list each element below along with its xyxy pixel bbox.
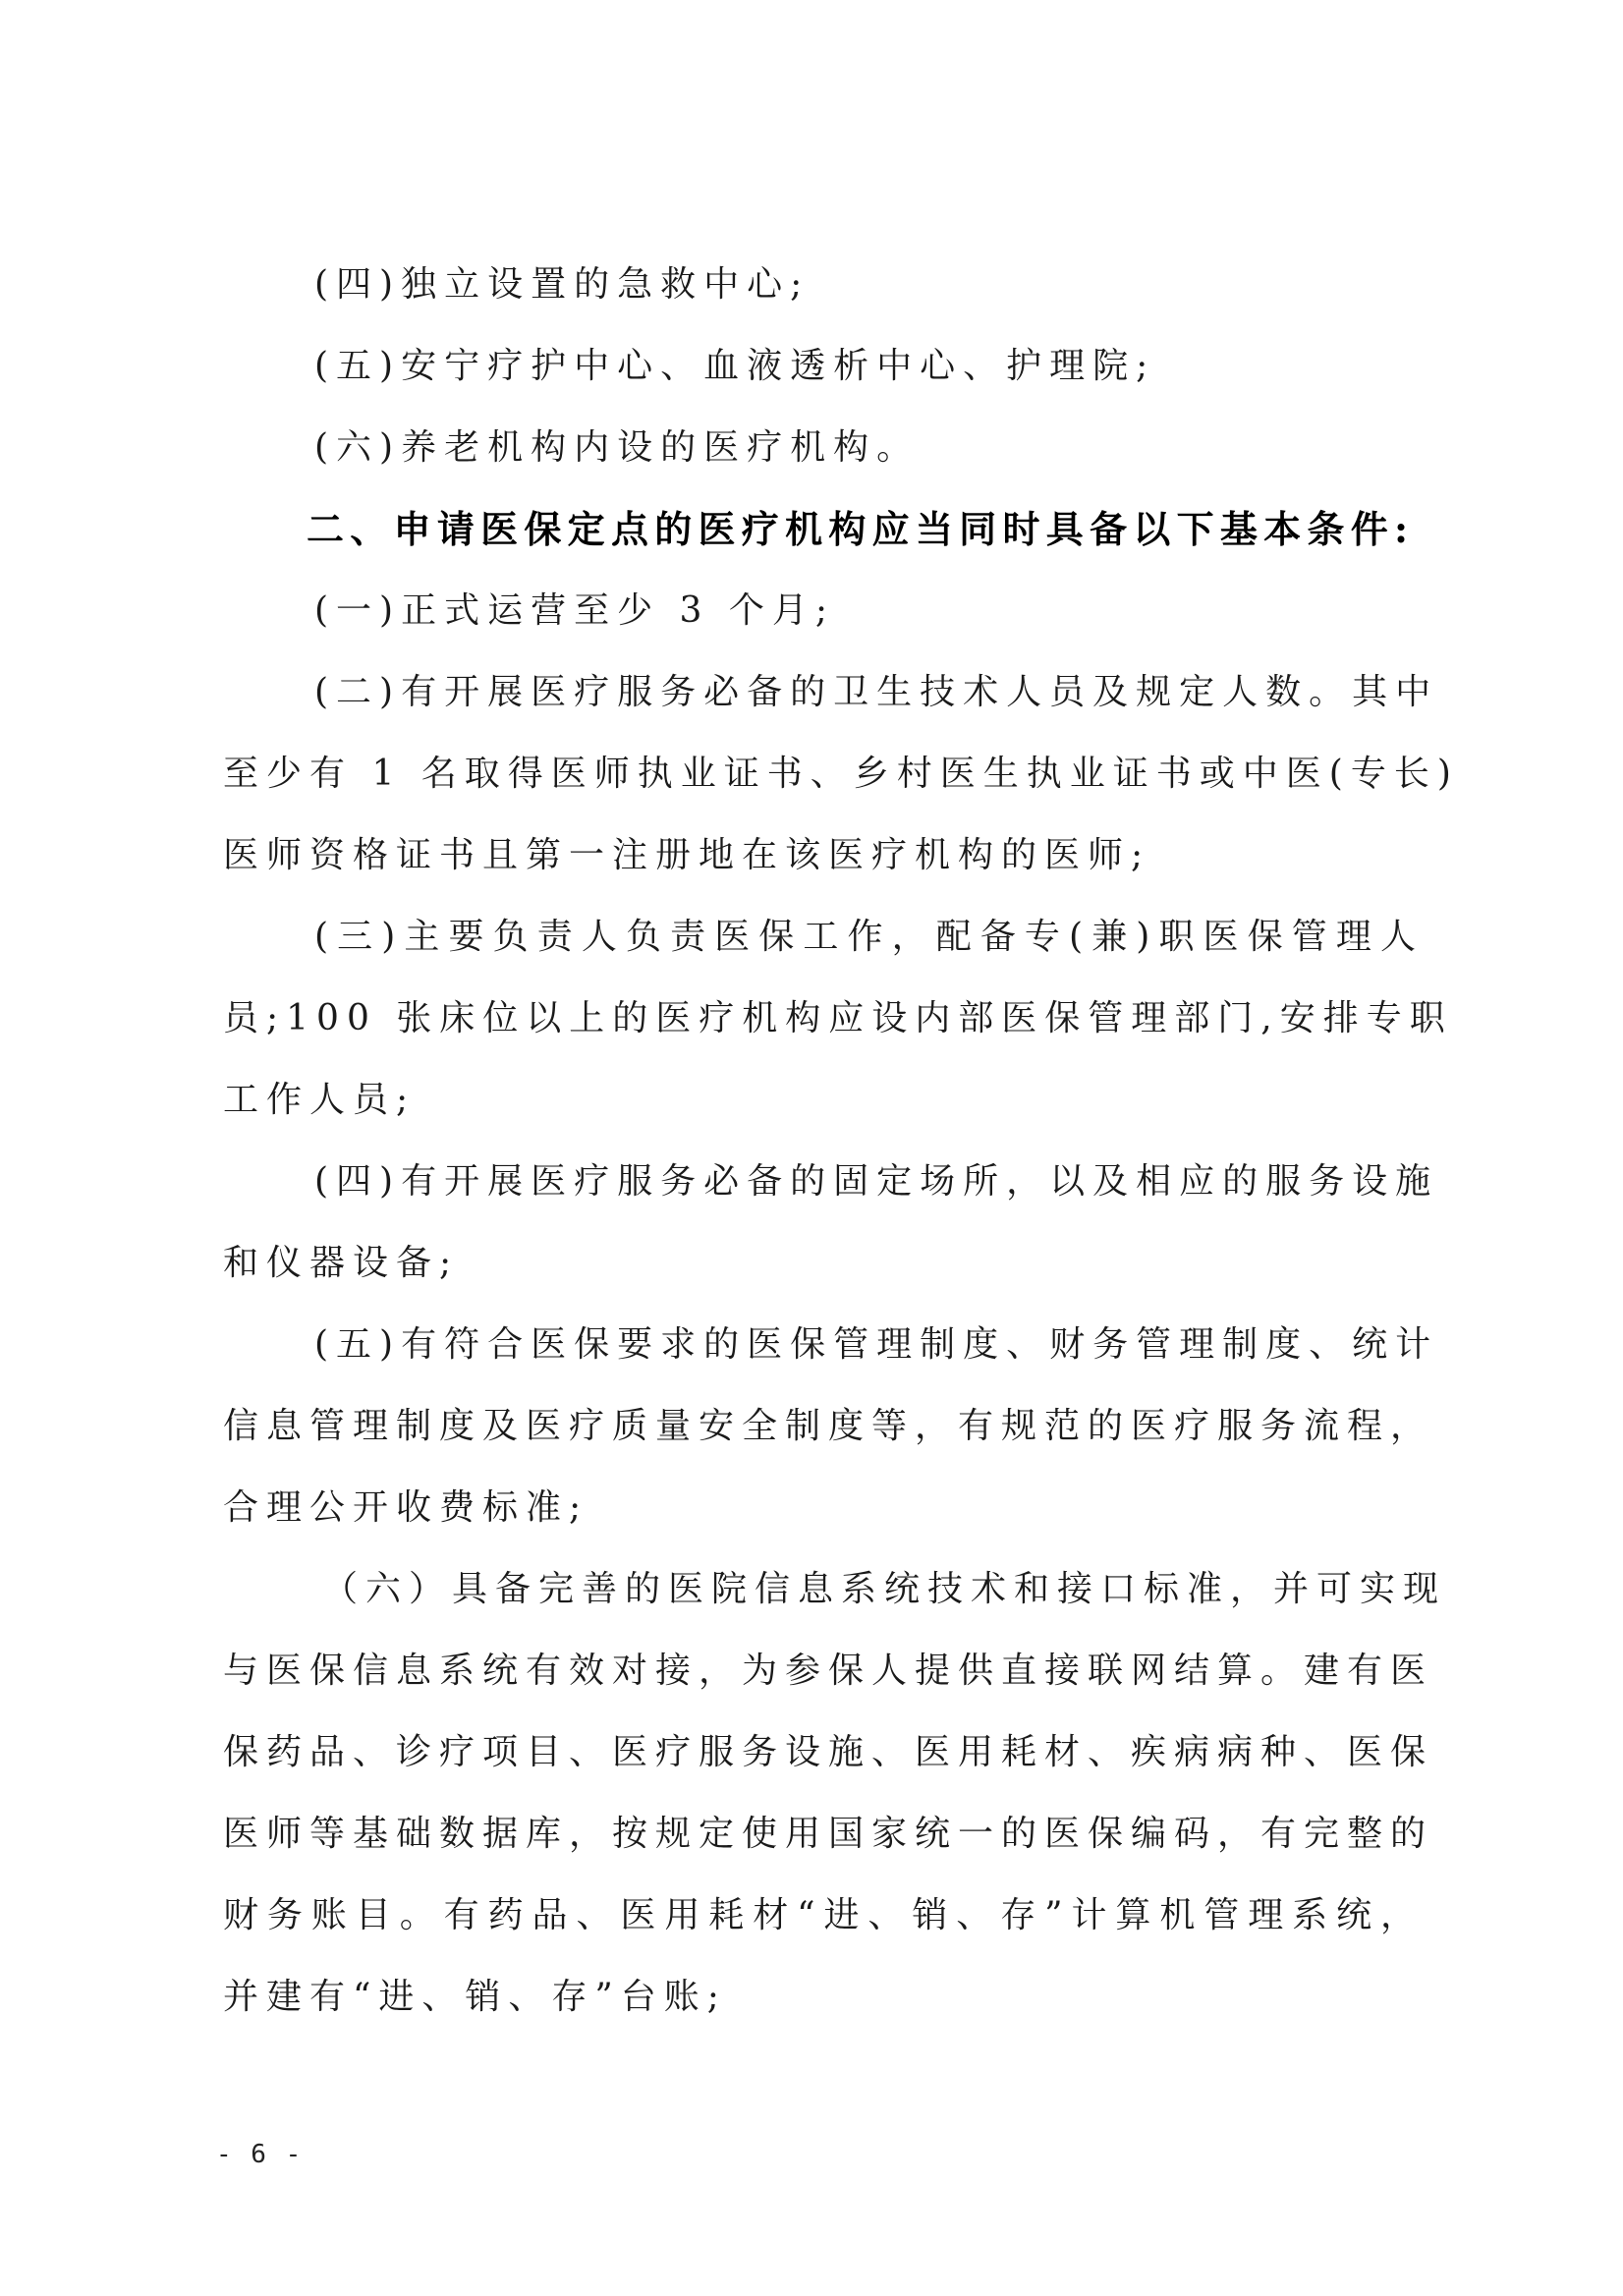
condition-6-line-3: 保药品、诊疗项目、医疗服务设施、医用耗材、疾病病种、医保	[223, 1723, 1424, 1782]
condition-5-line-2: 信息管理制度及医疗质量安全制度等，有规范的医疗服务流程，	[223, 1397, 1424, 1456]
condition-6-line-6: 并建有“进、销、存”台账;	[223, 1968, 1424, 2027]
condition-5-line-3: 合理公开收费标准;	[223, 1479, 1424, 1538]
page-number: - 6 -	[216, 2138, 303, 2171]
condition-5-line-1: (五)有符合医保要求的医保管理制度、财务管理制度、统计	[314, 1316, 1424, 1374]
condition-3-line-1: (三)主要负责人负责医保工作，配备专(兼)职医保管理人	[314, 908, 1424, 967]
condition-6-line-5: 财务账目。有药品、医用耗材“进、销、存”计算机管理系统，	[223, 1886, 1424, 1945]
condition-6-line-4: 医师等基础数据库，按规定使用国家统一的医保编码，有完整的	[223, 1805, 1424, 1864]
condition-2-line-1: (二)有开展医疗服务必备的卫生技术人员及规定人数。其中	[314, 663, 1424, 722]
list-item-prev-5: (五)安宁疗护中心、血液透析中心、护理院;	[314, 337, 1424, 396]
condition-6-line-1: （六）具备完善的医院信息系统技术和接口标准，并可实现	[322, 1560, 1424, 1619]
document-page: (四)独立设置的急救中心; (五)安宁疗护中心、血液透析中心、护理院; (六)养…	[0, 0, 1623, 2296]
list-item-prev-4: (四)独立设置的急救中心;	[314, 255, 1424, 314]
list-item-prev-6: (六)养老机构内设的医疗机构。	[314, 419, 1424, 477]
condition-2-line-3: 医师资格证书且第一注册地在该医疗机构的医师;	[223, 826, 1424, 885]
section-heading: 二、申请医保定点的医疗机构应当同时具备以下基本条件:	[307, 500, 1414, 559]
condition-3-line-2: 员;100 张床位以上的医疗机构应设内部医保管理部门,安排专职	[223, 989, 1424, 1048]
condition-6-line-2: 与医保信息系统有效对接，为参保人提供直接联网结算。建有医	[223, 1642, 1424, 1701]
condition-2-line-2: 至少有 1 名取得医师执业证书、乡村医生执业证书或中医(专长)	[223, 745, 1424, 804]
condition-4-line-1: (四)有开展医疗服务必备的固定场所，以及相应的服务设施	[314, 1152, 1424, 1211]
condition-4-line-2: 和仪器设备;	[223, 1234, 1424, 1293]
condition-3-line-3: 工作人员;	[223, 1071, 1424, 1130]
condition-1-line-1: (一)正式运营至少 3 个月;	[314, 582, 1424, 641]
